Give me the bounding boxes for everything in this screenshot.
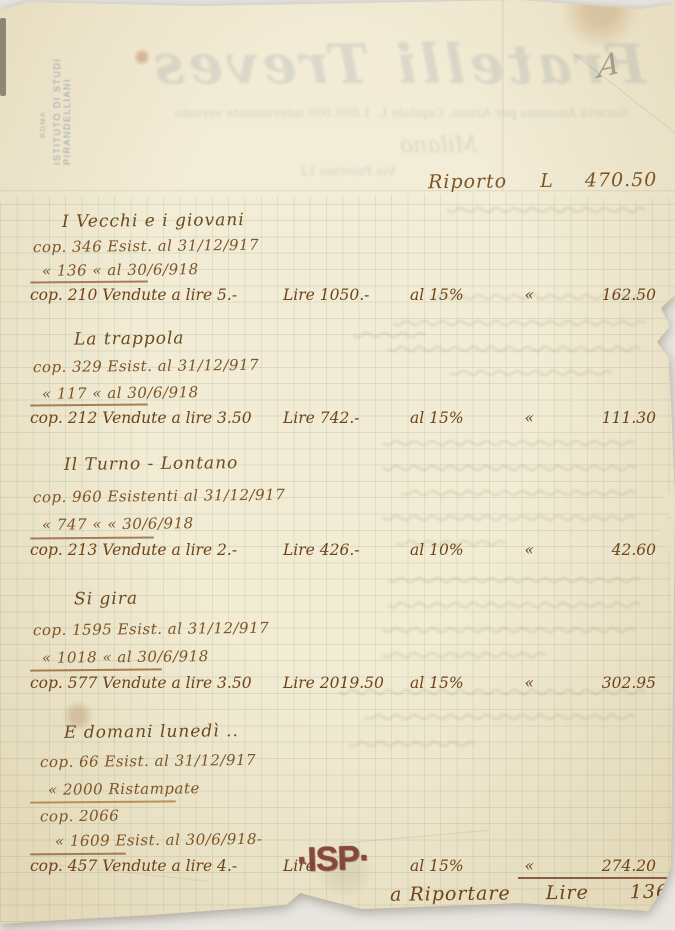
entry-line: cop. 66 Esist. al 31/12/917 xyxy=(40,751,256,771)
entry-line: « 1609 Esist. al 30/6/918- xyxy=(55,830,263,850)
royalty-percent: al 15% xyxy=(410,409,464,427)
entry-title: La trappola xyxy=(74,328,185,349)
fold-crease xyxy=(502,0,505,190)
entry-sum-row: cop. 212 Vendute a lire 3.50 Lire 742.- … xyxy=(30,409,662,431)
entry-line: « 1018 « al 30/6/918 xyxy=(42,647,209,667)
entry-title: I Vecchi e i giovani xyxy=(62,210,245,232)
royalty-percent: al 10% xyxy=(410,541,464,559)
gross-lire: Lire 1050.- xyxy=(283,286,369,304)
sold-copies: cop. 213 Vendute a lire 2.- xyxy=(30,541,237,559)
paper-sheet: Fratelli Treves Società Anonima per Azio… xyxy=(0,0,675,930)
entry-title: Si gira xyxy=(74,589,138,610)
sold-copies: cop. 577 Vendute a lire 3.50 xyxy=(30,674,252,692)
sold-copies: cop. 457 Vendute a lire 4.- xyxy=(30,857,237,875)
total-row: a Riportare Lire 1364.05 xyxy=(390,880,675,905)
entry-line: cop. 329 Esist. al 31/12/917 xyxy=(33,356,259,376)
royalty-amount: 274.20 xyxy=(602,857,656,875)
entry-line: cop. 346 Esist. al 31/12/917 xyxy=(33,236,259,256)
entry-line: cop. 2066 xyxy=(40,807,119,826)
royalty-amount: 42.60 xyxy=(612,541,656,559)
riportare-amount: 1364.05 xyxy=(630,880,675,903)
entry-title: Il Turno - Lontano xyxy=(64,453,239,475)
ditto-mark: « xyxy=(525,857,534,875)
ditto-mark: « xyxy=(525,674,534,692)
pencil-mark: A xyxy=(597,45,620,86)
letterhead-ghost-address: Via Palermo 12 xyxy=(300,163,396,178)
entry-line: « 136 « al 30/6/918 xyxy=(42,260,199,280)
letterhead-ghost-line2: Società Anonima per Azioni. Capitale L. … xyxy=(175,105,627,120)
riporto-amount: 470.50 xyxy=(585,169,658,192)
entry-line: « 117 « al 30/6/918 xyxy=(42,383,199,403)
gross-lire: Lire 742.- xyxy=(283,409,360,427)
riportare-currency: Lire xyxy=(546,882,589,904)
total-rule xyxy=(518,877,673,879)
archive-stamp-vertical: ISTITUTO DI STUDI PIRANDELLIANI xyxy=(52,30,72,165)
entry-title: E domani lunedì .. xyxy=(64,721,239,743)
royalty-amount: 302.95 xyxy=(602,674,656,692)
riporto-currency: L xyxy=(540,170,554,192)
archive-stamp-vertical-sub: ROMA xyxy=(40,88,47,138)
entry-sum-row: cop. 213 Vendute a lire 2.- Lire 426.- a… xyxy=(30,541,662,563)
ditto-mark: « xyxy=(525,286,534,304)
letterhead-ghost-city: Milano xyxy=(400,133,477,158)
riporto-row: Riporto L 470.50 xyxy=(428,169,658,193)
ditto-mark: « xyxy=(525,541,534,559)
ditto-mark: « xyxy=(525,409,534,427)
entry-sum-row: cop. 210 Vendute a lire 5.- Lire 1050.- … xyxy=(30,286,662,308)
letterhead-ghost-publisher: Fratelli Treves xyxy=(150,32,646,96)
entry-line: cop. 1595 Esist. al 31/12/917 xyxy=(33,619,269,639)
entry-sum-row: cop. 577 Vendute a lire 3.50 Lire 2019.5… xyxy=(30,674,662,696)
isp-stamp: ·ISP· xyxy=(296,839,370,881)
royalty-amount: 162.50 xyxy=(602,286,656,304)
fold-crease xyxy=(571,52,675,134)
royalty-percent: al 15% xyxy=(410,674,464,692)
gross-lire: Lire 426.- xyxy=(283,541,360,559)
sold-copies: cop. 212 Vendute a lire 3.50 xyxy=(30,409,252,427)
entry-line: cop. 960 Esistenti al 31/12/917 xyxy=(33,486,285,507)
royalty-percent: al 15% xyxy=(410,286,464,304)
scan-edge-shadow xyxy=(0,18,6,96)
royalty-percent: al 15% xyxy=(410,857,464,875)
gross-lire: Lire 2019.50 xyxy=(283,674,384,692)
riporto-label: Riporto xyxy=(428,170,507,193)
scanned-page: Fratelli Treves Società Anonima per Azio… xyxy=(0,0,675,930)
royalty-amount: 111.30 xyxy=(602,409,656,427)
entry-line: « 747 « « 30/6/918 xyxy=(42,514,194,534)
entry-line: « 2000 Ristampate xyxy=(48,779,200,799)
sold-copies: cop. 210 Vendute a lire 5.- xyxy=(30,286,237,304)
riportare-label: a Riportare xyxy=(390,882,511,905)
